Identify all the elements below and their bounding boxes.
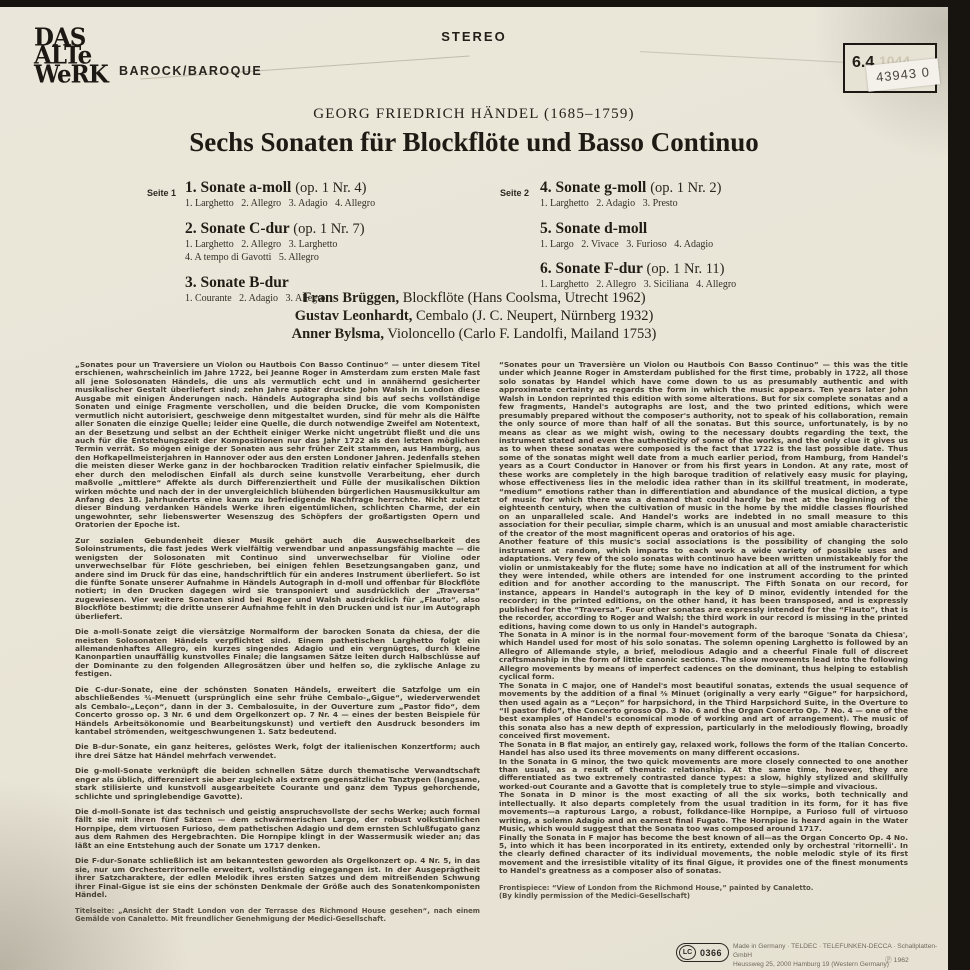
sonata-title: 6. Sonate F-dur (op. 1 Nr. 11)	[540, 260, 870, 278]
sonata-name: 2. Sonate C-dur	[185, 220, 293, 237]
sonata-name: 6. Sonate F-dur	[540, 260, 647, 277]
sonata-title: 3. Sonate B-dur	[185, 274, 515, 292]
notes-paragraph: “Sonates pour un Traversière un Violon o…	[499, 361, 908, 538]
notes-paragraph: Die B-dur-Sonate, ein ganz heiteres, gel…	[75, 743, 480, 760]
sonata-entry: 6. Sonate F-dur (op. 1 Nr. 11)1. Larghet…	[540, 260, 870, 292]
lc-icon: LC	[679, 945, 696, 960]
performer-name: Anner Bylsma,	[292, 326, 384, 342]
notes-paragraph: In the Sonata in G minor, the two quick …	[499, 758, 908, 792]
notes-paragraph: Die a-moll-Sonate zeigt die viersätzige …	[75, 628, 480, 679]
catalog-sticker: 43943 0	[866, 58, 940, 91]
composer-line: GEORG FRIEDRICH HÄNDEL (1685–1759)	[0, 106, 948, 123]
notes-paragraph: The Sonata in A minor is in the normal f…	[499, 631, 908, 682]
performer-line: Gustav Leonhardt, Cembalo (J. C. Neupert…	[0, 308, 948, 326]
notes-footnote: (By kindly permission of the Medici-Gese…	[499, 893, 908, 901]
album-back-cover: DAS ALTe WeRK BAROCK/BAROQUE STEREO 6.4 …	[0, 7, 948, 970]
performer-details: Blockflöte (Hans Coolsma, Utrecht 1962)	[399, 290, 645, 306]
made-in-credit: Made in Germany · TELDEC · TELEFUNKEN-DE…	[733, 943, 943, 970]
performer-line: Frans Brüggen, Blockflöte (Hans Coolsma,…	[0, 290, 948, 308]
notes-paragraph: The Sonata in D minor is the most exacti…	[499, 791, 908, 833]
sonata-title: 4. Sonate g-moll (op. 1 Nr. 2)	[540, 179, 870, 197]
catalog-number-box: 6.4 1044 43943 0	[843, 43, 937, 93]
sonata-entry: 5. Sonate d-moll1. Largo 2. Vivace 3. Fu…	[540, 220, 870, 252]
sonata-movements: 1. Larghetto 2. Allegro 3. Larghetto	[185, 239, 515, 252]
performer-credits: Frans Brüggen, Blockflöte (Hans Coolsma,…	[0, 290, 948, 344]
sonata-title: 1. Sonate a-moll (op. 1 Nr. 4)	[185, 179, 515, 197]
side1-label: Seite 1	[147, 188, 176, 198]
notes-footnote: Titelseite: „Ansicht der Stadt London vo…	[75, 908, 480, 924]
sonata-name: 5. Sonate d-moll	[540, 220, 647, 237]
sonata-opus: (op. 1 Nr. 11)	[647, 261, 725, 277]
sonata-name: 1. Sonate a-moll	[185, 179, 295, 196]
album-title: Sechs Sonaten für Blockflöte und Basso C…	[0, 127, 948, 158]
lc-badge: LC 0366	[676, 943, 729, 962]
performer-name: Frans Brüggen,	[302, 290, 399, 306]
liner-notes-english: “Sonates pour un Traversière un Violon o…	[499, 361, 908, 900]
sonata-name: 4. Sonate g-moll	[540, 179, 650, 196]
made-in-line1: Made in Germany · TELDEC · TELEFUNKEN-DE…	[733, 943, 943, 961]
sonata-movements: 4. A tempo di Gavotti 5. Allegro	[185, 252, 515, 265]
sonata-entry: 1. Sonate a-moll (op. 1 Nr. 4)1. Larghet…	[185, 179, 515, 211]
sonata-movements: 1. Larghetto 2. Allegro 3. Adagio 4. All…	[185, 198, 515, 211]
sonata-opus: (op. 1 Nr. 2)	[650, 180, 721, 196]
notes-paragraph: Zur sozialen Gebundenheit dieser Musik g…	[75, 537, 480, 621]
notes-paragraph: Another feature of this music's social a…	[499, 538, 908, 631]
series-label: BAROCK/BAROQUE	[119, 64, 262, 78]
performer-name: Gustav Leonhardt,	[295, 308, 413, 324]
side2-label: Seite 2	[500, 188, 529, 198]
side2-tracklist: 4. Sonate g-moll (op. 1 Nr. 2)1. Larghet…	[540, 179, 870, 301]
performer-line: Anner Bylsma, Violoncello (Carlo F. Land…	[0, 326, 948, 344]
liner-notes-german: „Sonates pour un Traversiere un Violon o…	[75, 361, 480, 931]
notes-paragraph: Die g-moll-Sonate verknüpft die beiden s…	[75, 767, 480, 801]
made-in-line2: Heussweg 25, 2000 Hamburg 19 (Western Ge…	[733, 961, 943, 970]
sonata-movements: 1. Largo 2. Vivace 3. Furioso 4. Adagio	[540, 239, 870, 252]
notes-paragraph: Finally the Sonata in F major has become…	[499, 834, 908, 876]
sonata-opus: (op. 1 Nr. 7)	[293, 221, 364, 237]
sonata-title: 5. Sonate d-moll	[540, 220, 870, 238]
phonogram-year: Ⓟ 1962	[885, 954, 909, 964]
sonata-entry: 2. Sonate C-dur (op. 1 Nr. 7)1. Larghett…	[185, 220, 515, 265]
sonata-opus: (op. 1 Nr. 4)	[295, 180, 366, 196]
lc-number: 0366	[700, 948, 722, 958]
performer-details: Cembalo (J. C. Neupert, Nürnberg 1932)	[412, 308, 653, 324]
notes-paragraph: The Sonata in B flat major, an entirely …	[499, 741, 908, 758]
notes-paragraph: Die d-moll-Sonate ist das technisch und …	[75, 808, 480, 850]
notes-paragraph: The Sonata in C major, one of Handel's m…	[499, 682, 908, 741]
performer-details: Violoncello (Carlo F. Landolfi, Mailand …	[384, 326, 656, 342]
sonata-movements: 1. Larghetto 2. Adagio 3. Presto	[540, 198, 870, 211]
stereo-label: STEREO	[0, 29, 948, 44]
notes-paragraph: Die C-dur-Sonate, eine der schönsten Son…	[75, 686, 480, 737]
notes-paragraph: „Sonates pour un Traversiere un Violon o…	[75, 361, 480, 530]
sonata-name: 3. Sonate B-dur	[185, 274, 289, 291]
notes-paragraph: Die F-dur-Sonate schließlich ist am beka…	[75, 857, 480, 899]
sonata-title: 2. Sonate C-dur (op. 1 Nr. 7)	[185, 220, 515, 238]
logo-line: WeRK	[34, 65, 108, 84]
sonata-entry: 4. Sonate g-moll (op. 1 Nr. 2)1. Larghet…	[540, 179, 870, 211]
